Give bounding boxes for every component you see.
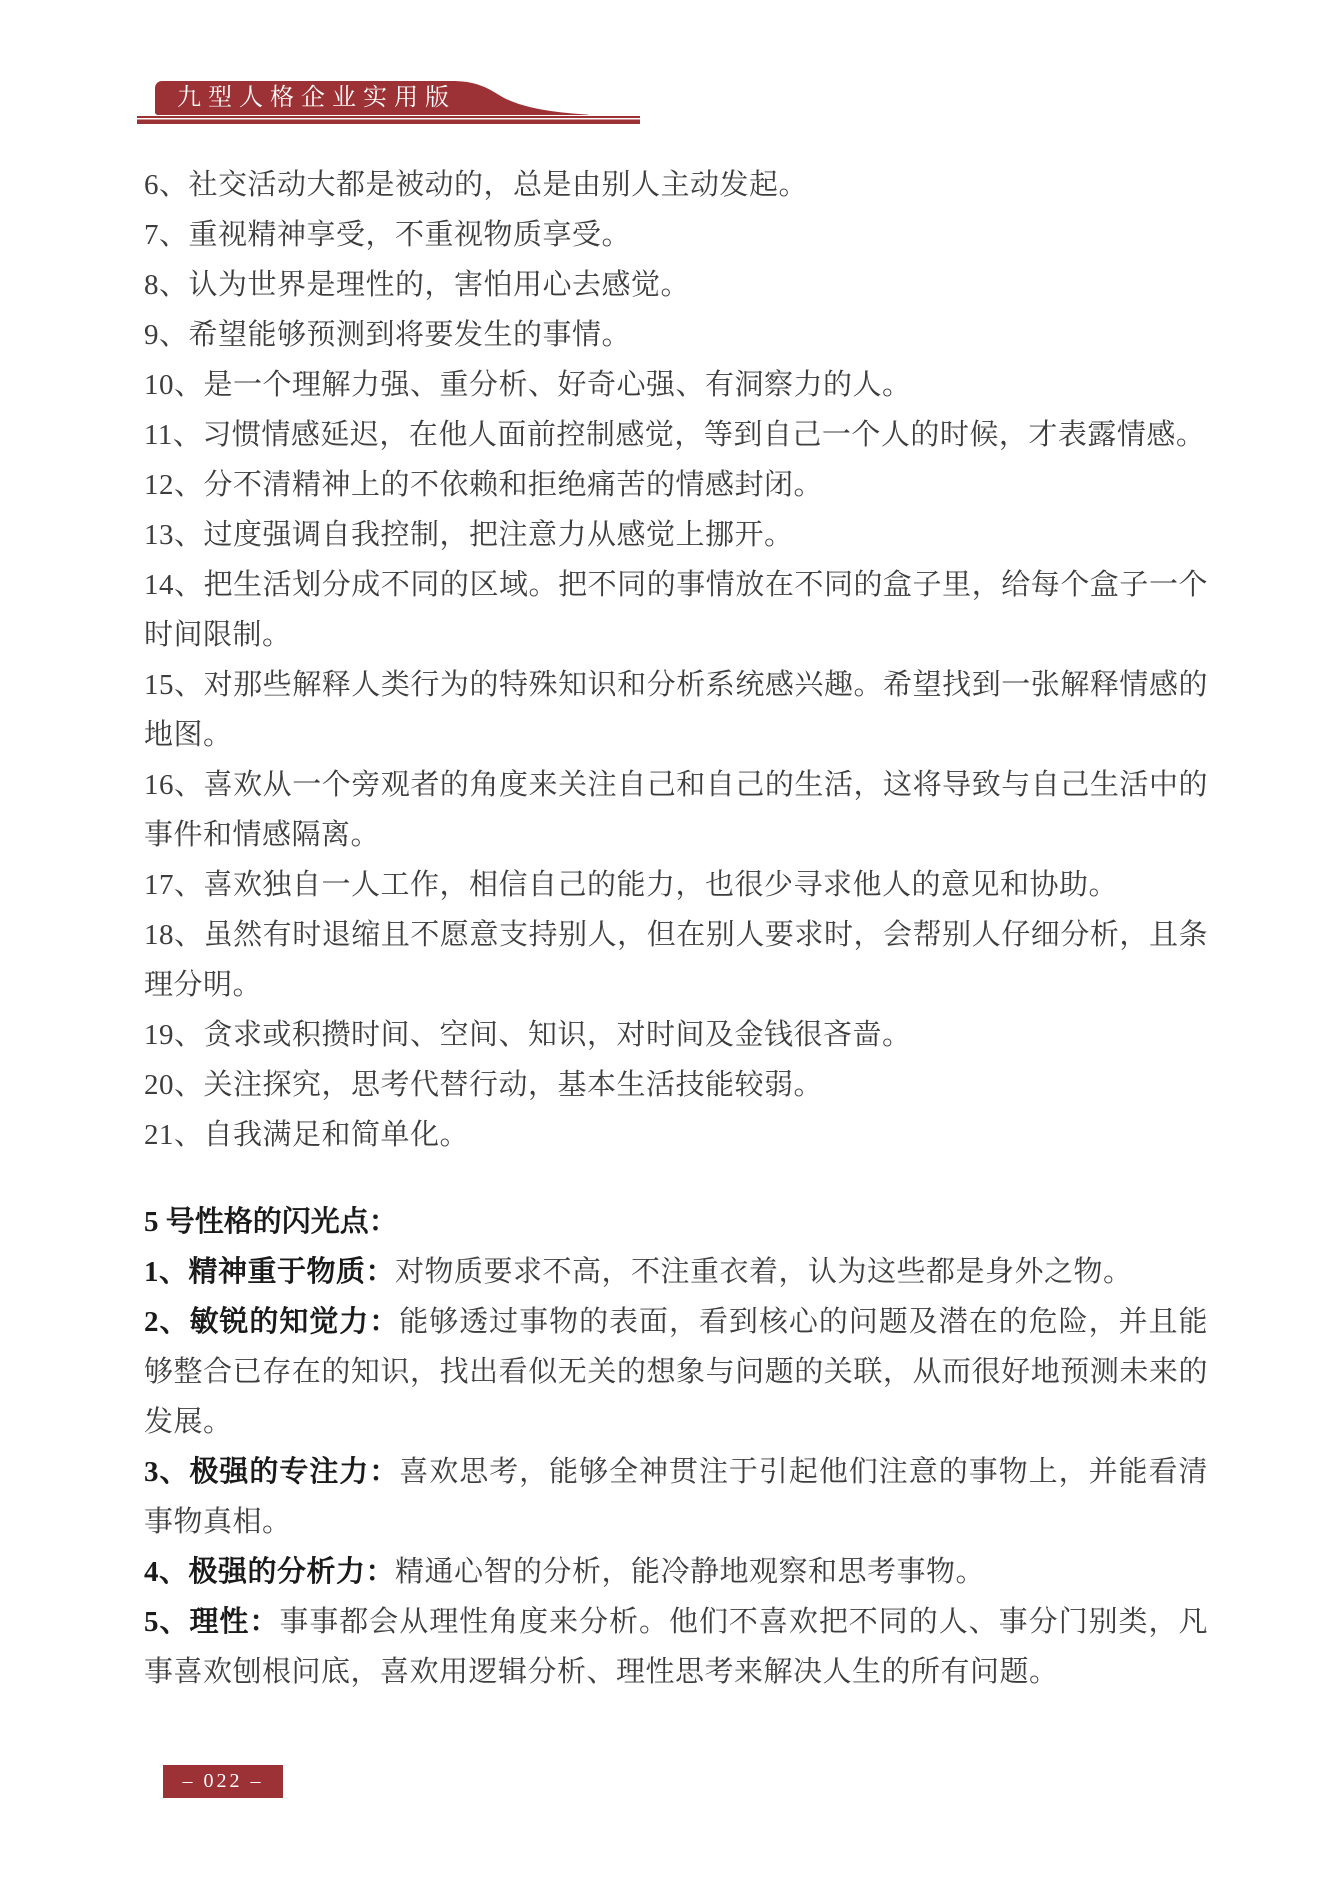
highlight-item: 4、极强的分析力：精通心智的分析，能冷静地观察和思考事物。 bbox=[144, 1547, 1208, 1597]
highlight-item: 2、敏锐的知觉力：能够透过事物的表面，看到核心的问题及潜在的危险，并且能够整合已… bbox=[144, 1297, 1208, 1447]
statement-item: 10、是一个理解力强、重分析、好奇心强、有洞察力的人。 bbox=[144, 360, 1208, 410]
highlight-text: 精通心智的分析，能冷静地观察和思考事物。 bbox=[395, 1556, 985, 1588]
statement-item: 12、分不清精神上的不依赖和拒绝痛苦的情感封闭。 bbox=[144, 460, 1208, 510]
statement-item: 19、贪求或积攒时间、空间、知识，对时间及金钱很吝啬。 bbox=[144, 1010, 1208, 1060]
header-rule bbox=[137, 116, 640, 124]
highlight-list: 1、精神重于物质：对物质要求不高，不注重衣着，认为这些都是身外之物。2、敏锐的知… bbox=[144, 1247, 1208, 1697]
statement-item: 8、认为世界是理性的，害怕用心去感觉。 bbox=[144, 260, 1208, 310]
statement-item: 18、虽然有时退缩且不愿意支持别人，但在别人要求时，会帮别人仔细分析，且条理分明… bbox=[144, 910, 1208, 1010]
highlight-text: 事事都会从理性角度来分析。他们不喜欢把不同的人、事分门别类，凡事喜欢刨根问底，喜… bbox=[144, 1606, 1208, 1688]
statement-item: 9、希望能够预测到将要发生的事情。 bbox=[144, 310, 1208, 360]
banner-title: 九型人格企业实用版 bbox=[177, 81, 456, 115]
chapter-banner: 九型人格企业实用版 bbox=[155, 81, 590, 115]
statement-item: 17、喜欢独自一人工作，相信自己的能力，也很少寻求他人的意见和协助。 bbox=[144, 860, 1208, 910]
statement-item: 15、对那些解释人类行为的特殊知识和分析系统感兴趣。希望找到一张解释情感的地图。 bbox=[144, 660, 1208, 760]
highlight-label: 3、极强的专注力： bbox=[144, 1456, 399, 1488]
highlight-item: 1、精神重于物质：对物质要求不高，不注重衣着，认为这些都是身外之物。 bbox=[144, 1247, 1208, 1297]
highlight-label: 5、理性： bbox=[144, 1606, 279, 1638]
highlight-label: 2、敏锐的知觉力： bbox=[144, 1306, 399, 1338]
page-number-badge: – 022 – bbox=[163, 1765, 283, 1798]
book-page: 九型人格企业实用版 6、社交活动大都是被动的，总是由别人主动发起。7、重视精神享… bbox=[0, 0, 1339, 1890]
statement-item: 20、关注探究，思考代替行动，基本生活技能较弱。 bbox=[144, 1060, 1208, 1110]
highlight-label: 1、精神重于物质： bbox=[144, 1256, 395, 1288]
statement-item: 14、把生活划分成不同的区域。把不同的事情放在不同的盒子里，给每个盒子一个时间限… bbox=[144, 560, 1208, 660]
page-number: – 022 – bbox=[183, 1770, 264, 1792]
statement-item: 16、喜欢从一个旁观者的角度来关注自己和自己的生活，这将导致与自己生活中的事件和… bbox=[144, 760, 1208, 860]
highlight-text: 对物质要求不高，不注重衣着，认为这些都是身外之物。 bbox=[395, 1256, 1133, 1288]
statement-item: 13、过度强调自我控制，把注意力从感觉上挪开。 bbox=[144, 510, 1208, 560]
highlight-label: 4、极强的分析力： bbox=[144, 1556, 395, 1588]
page-content: 6、社交活动大都是被动的，总是由别人主动发起。7、重视精神享受，不重视物质享受。… bbox=[144, 160, 1208, 1697]
highlight-item: 3、极强的专注力：喜欢思考，能够全神贯注于引起他们注意的事物上，并能看清事物真相… bbox=[144, 1447, 1208, 1547]
highlight-item: 5、理性：事事都会从理性角度来分析。他们不喜欢把不同的人、事分门别类，凡事喜欢刨… bbox=[144, 1597, 1208, 1697]
statement-item: 7、重视精神享受，不重视物质享受。 bbox=[144, 210, 1208, 260]
statement-list: 6、社交活动大都是被动的，总是由别人主动发起。7、重视精神享受，不重视物质享受。… bbox=[144, 160, 1208, 1160]
statement-item: 6、社交活动大都是被动的，总是由别人主动发起。 bbox=[144, 160, 1208, 210]
statement-item: 21、自我满足和简单化。 bbox=[144, 1110, 1208, 1160]
section-heading: 5 号性格的闪光点： bbox=[144, 1197, 1208, 1247]
statement-item: 11、习惯情感延迟，在他人面前控制感觉，等到自己一个人的时候，才表露情感。 bbox=[144, 410, 1208, 460]
